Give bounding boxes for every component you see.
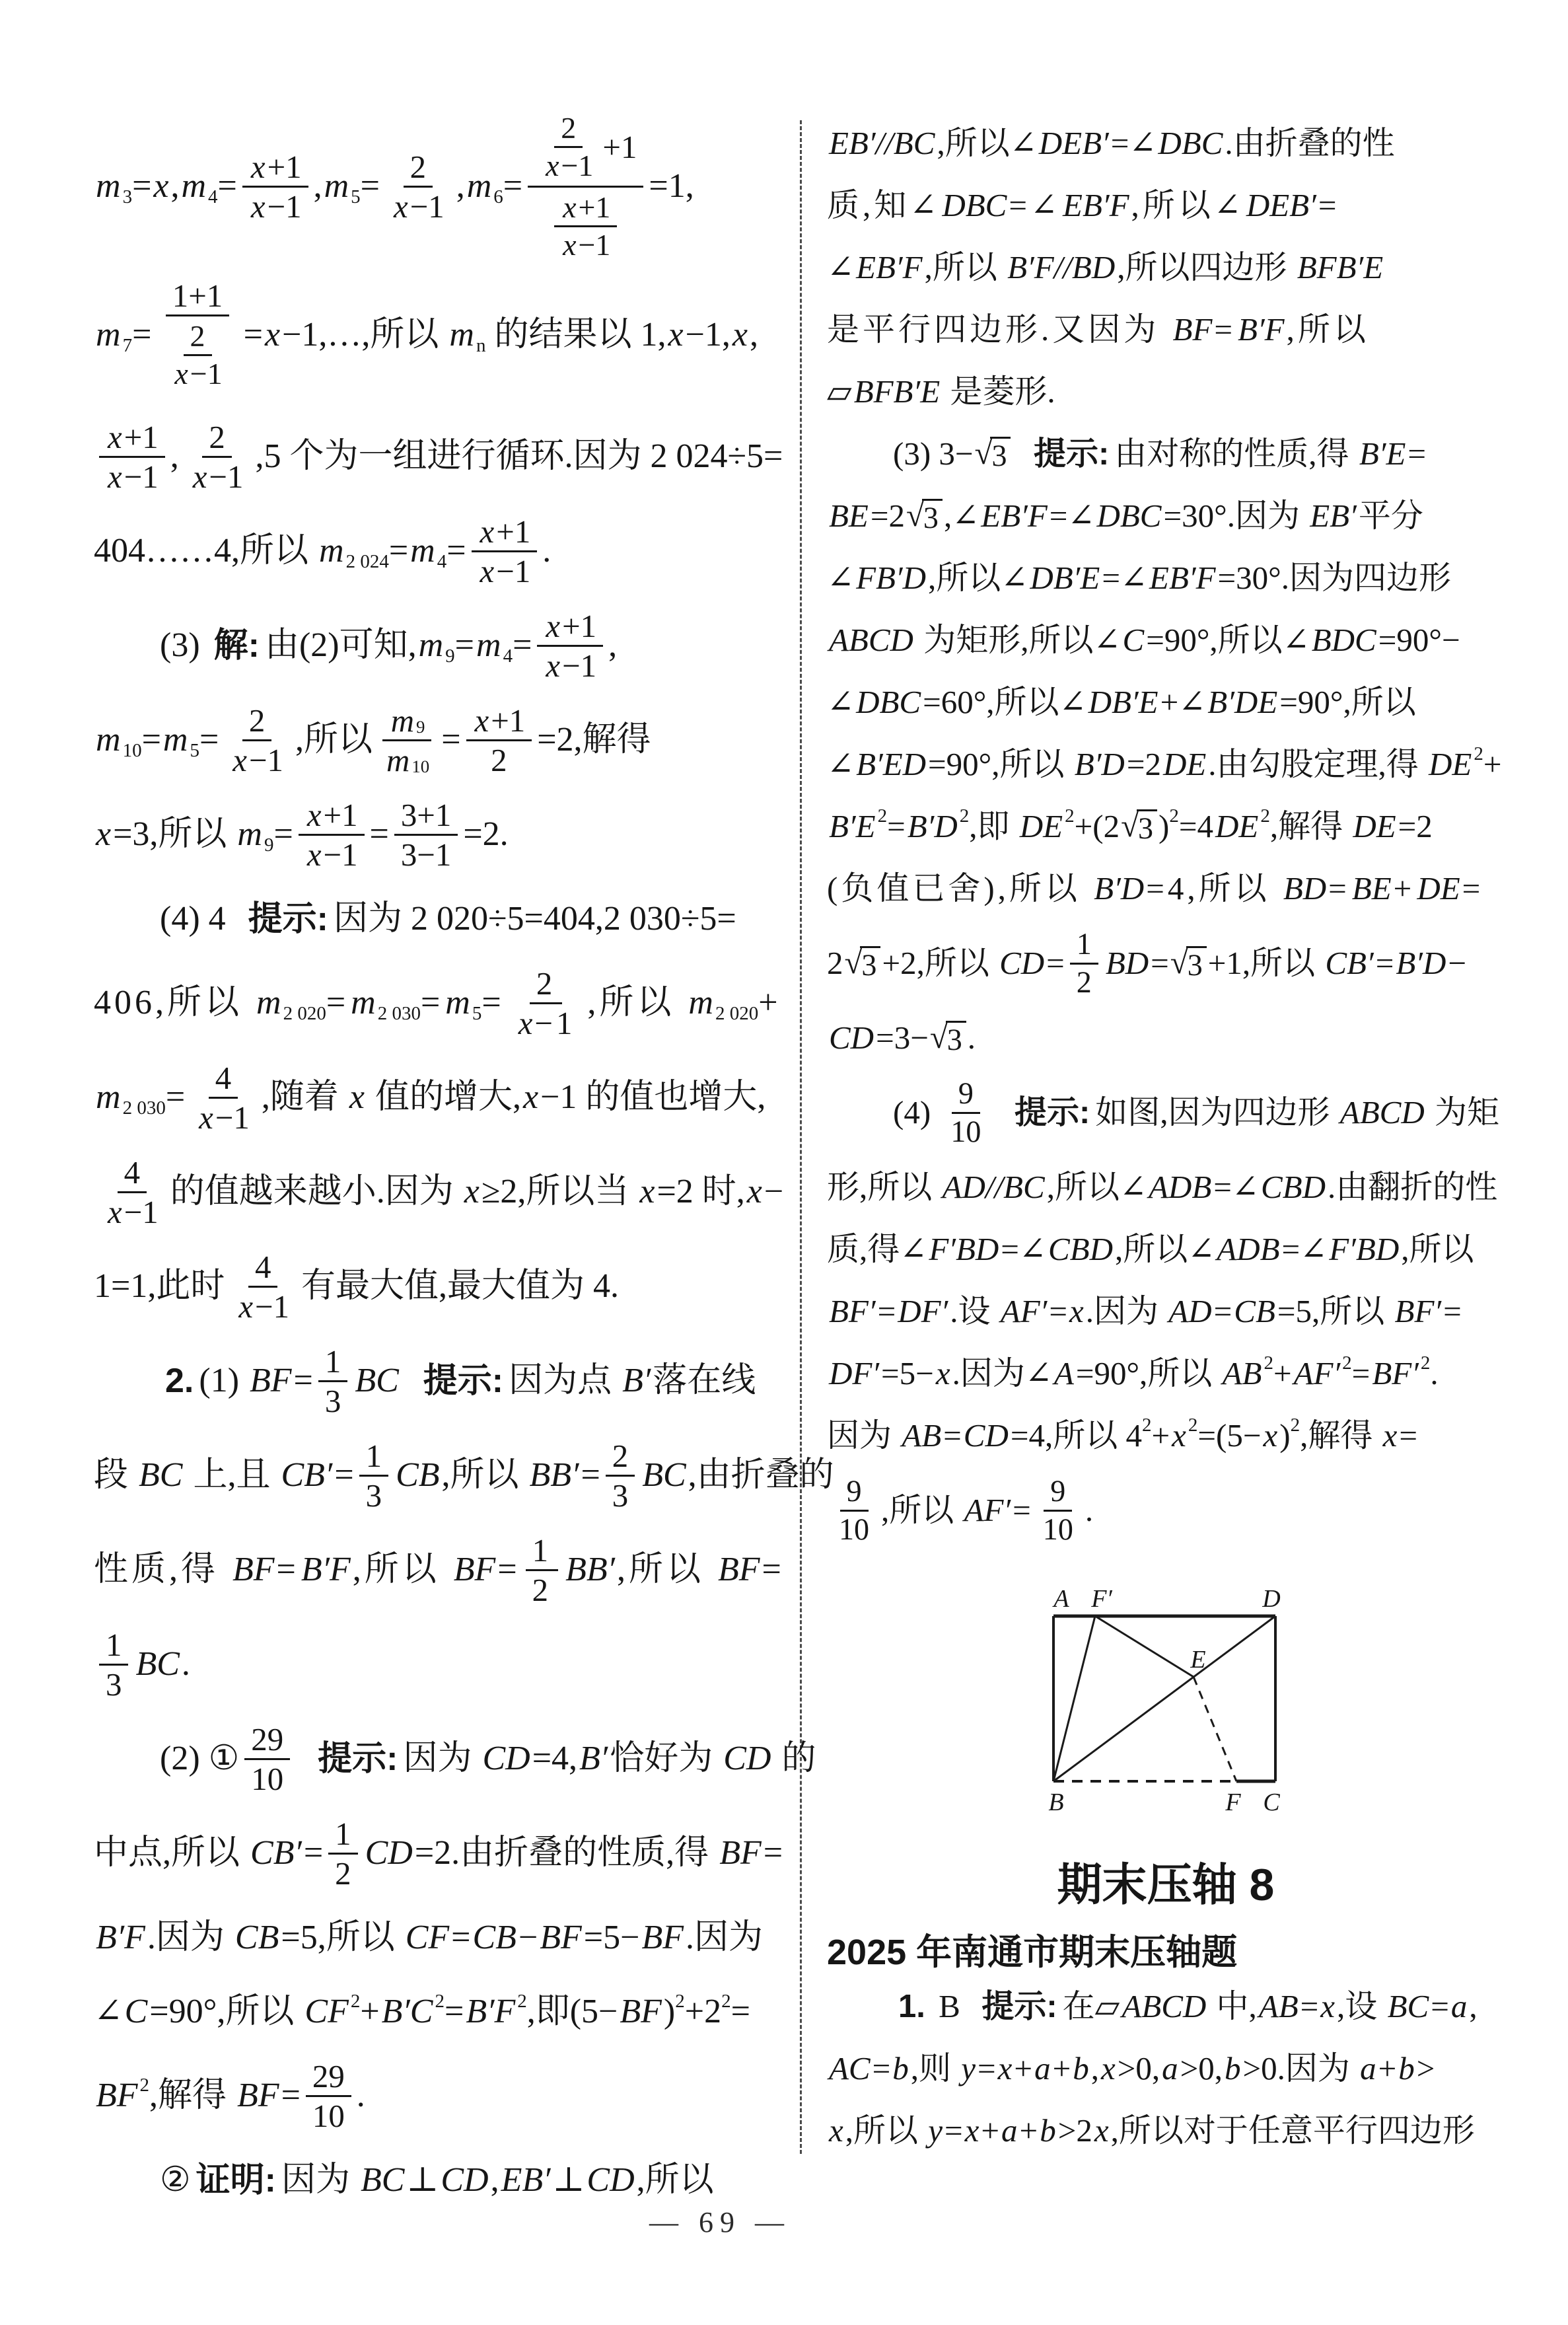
text-line: CD=3−√3. xyxy=(827,1007,1505,1069)
text-line: 质,得∠F′BD=∠CBD,所以∠ADB=∠F′BD,所以 xyxy=(827,1218,1505,1280)
subscript: 3 xyxy=(123,188,133,207)
body-text: − xyxy=(518,1919,538,1957)
body-text: .由勾股定理,得 xyxy=(1208,747,1427,783)
fraction: x+1x−1 xyxy=(554,190,617,264)
body-text: + xyxy=(1053,2051,1071,2087)
text-line: 13BC. xyxy=(94,1617,767,1712)
math-text: a xyxy=(999,2113,1020,2149)
math-text: BE xyxy=(1350,871,1394,907)
math-text: m xyxy=(161,721,190,759)
body-text: 中, xyxy=(1208,1989,1257,2025)
section-title: 期末压轴 8 xyxy=(827,1851,1505,1911)
math-text: DE xyxy=(1351,809,1398,845)
body-text: 1+1 xyxy=(172,279,223,313)
superscript: 2 xyxy=(1188,1416,1198,1435)
math-text: x xyxy=(106,420,124,454)
body-text: =1, xyxy=(649,167,694,205)
math-text: x xyxy=(561,229,578,261)
sqrt-radical: √3 xyxy=(930,1021,966,1055)
body-text: >0, xyxy=(1180,2051,1223,2087)
body-text: =4,所以 4 xyxy=(1011,1418,1142,1454)
fraction: 3+13−1 xyxy=(394,796,458,874)
fraction: 2x−1 xyxy=(166,318,229,392)
math-text: F′BD xyxy=(1327,1232,1401,1268)
body-text: +2 xyxy=(685,1993,721,2031)
math-text: m xyxy=(384,743,411,777)
text-line: ∠FB′D,所以∠DB′E=∠EB′F=30°.因为四边形 xyxy=(827,547,1505,609)
body-text: + xyxy=(1483,747,1502,783)
math-text: B′ xyxy=(577,1740,610,1778)
math-text: BF xyxy=(717,1834,764,1872)
vertex-label-C: C xyxy=(1263,1789,1280,1816)
body-text: = xyxy=(1462,871,1484,907)
math-text: BFB′E xyxy=(852,374,942,410)
body-text: ,所以 xyxy=(637,2161,714,2199)
math-text: x xyxy=(1067,1294,1086,1330)
math-text: CD xyxy=(585,2161,636,2199)
math-text: DE xyxy=(1427,747,1474,783)
math-text: DB′E xyxy=(1087,684,1160,721)
superscript: 2 xyxy=(435,1992,445,2011)
math-text: F′BD xyxy=(927,1232,1001,1268)
fraction: 2x−1 xyxy=(184,418,250,496)
fraction: 2x−1 xyxy=(224,702,290,780)
body-text: ∠ xyxy=(827,684,854,721)
fraction: x+1x−1 xyxy=(299,796,365,874)
body-text: =90°,所以 xyxy=(1279,684,1415,721)
body-text: 9 xyxy=(847,1475,862,1507)
math-text: BF xyxy=(452,1551,498,1589)
body-text: =3,所以 xyxy=(113,815,235,854)
body-text: ,所以 xyxy=(295,721,373,759)
math-text: B′F xyxy=(1236,312,1287,348)
body-text: ,所以四边形 xyxy=(1117,250,1295,286)
body-text: +2,所以 xyxy=(882,945,997,982)
math-text: EB′ xyxy=(499,2161,553,2199)
math-text: x xyxy=(1170,1418,1188,1454)
body-text: =∠ xyxy=(1213,1169,1259,1206)
body-text: 2 xyxy=(536,967,555,1000)
text-line: 2.(1) BF=13BC 提示:因为点 B′落在线 xyxy=(94,1334,767,1428)
body-text: = xyxy=(1046,945,1065,982)
subscript: 5 xyxy=(351,188,361,207)
math-text: AF′ xyxy=(1292,1356,1343,1392)
body-text: = xyxy=(762,1551,785,1589)
math-text: x xyxy=(392,190,410,223)
text-line: x,所以 y=x+a+b>2x,所以对于任意平行四边形 xyxy=(827,2100,1505,2162)
math-text: BD xyxy=(1104,945,1151,982)
math-text: DEB′ xyxy=(1244,188,1318,224)
math-text: DBC xyxy=(1156,126,1225,162)
body-text: =2. xyxy=(463,815,508,854)
math-text: AD//BC xyxy=(941,1169,1047,1206)
body-text: = xyxy=(1431,1989,1449,2025)
body-text: − xyxy=(764,1173,783,1211)
math-text: y xyxy=(926,2113,944,2149)
body-text: ∠ xyxy=(827,747,854,783)
math-text: x xyxy=(478,554,497,588)
sqrt-radical: √3 xyxy=(1170,946,1207,980)
text-line: 形,所以 AD//BC,所以∠ADB=∠CBD.由翻折的性 xyxy=(827,1156,1505,1218)
body-text: = xyxy=(132,167,151,205)
body-text: = xyxy=(1399,1418,1417,1454)
superscript: 2 xyxy=(1169,807,1179,826)
math-text: B′E xyxy=(1357,436,1408,472)
body-text: =4,所以 xyxy=(1146,871,1281,907)
body-text: =2 xyxy=(1127,747,1161,783)
math-text: x xyxy=(172,358,190,390)
body-text: =90°− xyxy=(1378,622,1460,659)
body-text: ,所以∠ xyxy=(928,560,1028,597)
body-text: 如图,因为四边形 xyxy=(1095,1095,1338,1131)
superscript: 2 xyxy=(351,1992,361,2011)
body-text: = xyxy=(273,815,293,854)
fraction: 4x−1 xyxy=(99,1154,165,1232)
math-text: x xyxy=(462,1173,481,1211)
body-text: =3− xyxy=(876,1020,929,1056)
body-text: = xyxy=(497,1551,520,1589)
body-text: = xyxy=(1352,1356,1371,1392)
fraction: 4x−1 xyxy=(230,1248,296,1326)
body-text: = xyxy=(1013,1493,1031,1529)
body-text: 10 xyxy=(251,1762,283,1796)
body-text: 3 xyxy=(366,1479,382,1512)
fraction: x+1x−1 xyxy=(99,418,165,496)
body-text: +1 xyxy=(602,130,637,164)
math-text: x xyxy=(1381,1418,1400,1454)
math-text: B′F xyxy=(94,1919,147,1957)
text-line: (4) 4 提示:因为 2 020÷5=404,2 030÷5= xyxy=(94,882,767,956)
body-text: = xyxy=(277,1551,299,1589)
math-text: x xyxy=(473,704,491,737)
body-text: 恰好为 xyxy=(610,1740,721,1778)
bold-label: 提示: xyxy=(243,900,334,938)
superscript: 2 xyxy=(140,2076,150,2095)
math-text: y xyxy=(959,2051,978,2087)
body-text: ) xyxy=(1279,1418,1290,1454)
body-text: ,所以∠ xyxy=(937,126,1036,162)
math-text: DE xyxy=(1213,809,1260,845)
math-text: m xyxy=(447,316,476,354)
math-text: BC xyxy=(1386,1989,1431,2025)
math-text: x xyxy=(731,316,750,354)
body-text: =∠ xyxy=(1102,560,1147,597)
body-text: = xyxy=(1328,871,1350,907)
math-text: C xyxy=(123,1993,150,2031)
math-text: DBC xyxy=(854,684,923,721)
text-line: ABCD 为矩形,所以∠C=90°,所以∠BDC=90°− xyxy=(827,609,1505,671)
text-line: ▱BFB′E 是菱形. xyxy=(827,361,1505,423)
body-text: 的值越来越小.因为 xyxy=(170,1173,462,1211)
body-text: −1 xyxy=(209,460,243,494)
body-text: ,所以∠ xyxy=(1115,1232,1215,1268)
math-text: x xyxy=(197,1101,215,1134)
body-text: −1 xyxy=(124,1195,159,1229)
body-text: =60°,所以∠ xyxy=(923,684,1087,721)
body-text: = xyxy=(326,984,349,1022)
body-text: =2,解得 xyxy=(537,721,651,759)
body-text: =2 时, xyxy=(657,1173,744,1211)
body-text: ,即 xyxy=(969,809,1018,845)
text-line: m2 030=4x−1,随着 x 值的增大,x−1 的值也增大, xyxy=(94,1051,767,1145)
text-line: x+1x−1,2x−1,5 个为一组进行循环.因为 2 024÷5= xyxy=(94,410,767,504)
body-text: 10 xyxy=(312,2099,345,2133)
math-text: x xyxy=(996,2051,1015,2087)
math-text: x xyxy=(1261,1418,1279,1454)
body-text: ,5 个为一组进行循环.因为 2 024÷5= xyxy=(255,437,783,476)
math-text: AB xyxy=(1221,1356,1264,1392)
body-text: ,所以 xyxy=(617,1551,716,1589)
body-text: =2 xyxy=(1398,809,1433,845)
body-text: = xyxy=(978,2051,996,2087)
body-text: +1 xyxy=(578,192,610,223)
segment-Fprime-E xyxy=(1095,1616,1194,1677)
body-text: −1,…,所以 xyxy=(282,316,447,354)
body-text: (3) 3− xyxy=(893,436,974,472)
math-text: ABCD xyxy=(827,622,915,659)
text-line: 质,知∠DBC=∠EB′F,所以∠DEB′= xyxy=(827,174,1505,237)
math-text: B′ xyxy=(620,1362,653,1400)
body-text: ,所以 xyxy=(353,1551,452,1589)
body-text: = xyxy=(451,1919,470,1957)
body-text: 因为 2 020÷5=404,2 030÷5= xyxy=(334,900,736,938)
body-text: =90°,所以∠ xyxy=(1146,622,1310,659)
body-text: = xyxy=(132,316,151,354)
math-text: B′D xyxy=(1073,747,1127,783)
body-text: =4 xyxy=(1179,809,1213,845)
math-text: m xyxy=(417,626,446,665)
body-text: −1 的值也增大, xyxy=(540,1078,766,1117)
text-line: BF′=DF′.设 AF′=x.因为 AD=CB=5,所以 BF′= xyxy=(827,1280,1505,1343)
text-line: 406,所以 m2 020=m2 030=m5=2x−1,所以 m2 020+ xyxy=(94,956,767,1051)
body-text: ,所以 xyxy=(1287,312,1369,348)
subscript: 5 xyxy=(472,1004,482,1023)
math-text: BE xyxy=(827,498,871,535)
math-text: A xyxy=(1052,1356,1076,1392)
math-text: B′E xyxy=(827,809,878,845)
math-text: CBD xyxy=(1046,1232,1115,1268)
body-text: = xyxy=(944,2113,963,2149)
subscript: 4 xyxy=(503,647,513,666)
body-text: 4 xyxy=(124,1156,140,1189)
math-text: b xyxy=(1038,2113,1058,2149)
math-text: BB′ xyxy=(563,1551,617,1589)
bold-label: 1. xyxy=(893,1989,931,2025)
text-line: 因为 AB=CD=4,所以 42+x2=(5−x)2,解得 x= xyxy=(827,1405,1505,1467)
math-text: a xyxy=(1449,1989,1470,2025)
math-text: x xyxy=(666,316,686,354)
body-text: 2 xyxy=(827,945,843,982)
page-number: — 69 — xyxy=(631,2205,809,2239)
math-text: AF′ xyxy=(999,1294,1050,1330)
body-text: =90°,所以 xyxy=(1076,1356,1221,1392)
math-text: x xyxy=(263,316,282,354)
body-text: 质,知∠ xyxy=(827,188,940,224)
body-text: >0.因为 xyxy=(1242,2051,1358,2087)
bold-label: 提示: xyxy=(418,1362,509,1400)
math-text: m xyxy=(235,815,264,854)
body-text: ② xyxy=(160,2161,191,2199)
body-text: =∠ xyxy=(1111,126,1157,162)
superscript: 2 xyxy=(1264,1354,1273,1373)
body-text: = xyxy=(455,626,474,665)
body-text: + xyxy=(1273,1356,1292,1392)
text-line: ∠B′ED=90°,所以 B′D=2DE.由勾股定理,得 DE2+ xyxy=(827,733,1505,795)
fraction: 12 xyxy=(526,1532,558,1609)
math-text: CB xyxy=(233,1919,281,1957)
math-text: x xyxy=(544,609,562,643)
body-text: >2 xyxy=(1058,2113,1092,2149)
body-text: = xyxy=(1049,1294,1067,1330)
body-text: = xyxy=(1318,188,1340,224)
math-text: B′F xyxy=(299,1551,353,1589)
body-text: . xyxy=(1085,1493,1093,1529)
body-text: +1,所以 xyxy=(1208,945,1324,982)
math-text: m xyxy=(94,316,123,354)
text-line: 1. B 提示:在▱ABCD 中,AB=x,设 BC=a, xyxy=(827,1975,1505,2038)
math-text: x xyxy=(305,838,324,871)
text-line: DF′=5−x.因为∠A=90°,所以 AB2+AF′2=BF′2. xyxy=(827,1343,1505,1405)
math-text: B′DE xyxy=(1205,684,1279,721)
superscript: 2 xyxy=(721,1992,731,2011)
body-text: +1 xyxy=(496,515,530,548)
body-text: 3 xyxy=(612,1479,628,1512)
body-text: −1 xyxy=(124,460,159,494)
math-text: DE xyxy=(1018,809,1065,845)
math-text: AF′ xyxy=(962,1493,1013,1529)
math-text: b xyxy=(1071,2051,1091,2087)
math-text: CD xyxy=(721,1740,773,1778)
math-text: DE xyxy=(1161,747,1208,783)
math-text: x xyxy=(637,1173,657,1211)
body-text: =90°,所以 xyxy=(928,747,1073,783)
body-text: + xyxy=(758,984,781,1022)
body-text: . xyxy=(542,532,551,570)
subscript: 2 024 xyxy=(346,552,389,572)
body-text: 是平行四边形.又因为 xyxy=(827,312,1171,348)
body-text: 有最大值,最大值为 4. xyxy=(301,1267,619,1306)
math-text: B′C xyxy=(380,1993,435,2031)
math-text: b xyxy=(890,2051,911,2087)
math-text: BF xyxy=(618,1993,664,2031)
body-text: =∠ xyxy=(1282,1232,1328,1268)
math-text: x xyxy=(106,460,124,494)
body-text: = xyxy=(421,984,443,1022)
body-text: = xyxy=(1214,1294,1232,1330)
body-text: = xyxy=(294,1362,313,1400)
fraction: 2x−1 xyxy=(537,110,600,184)
fraction: 13 xyxy=(359,1437,388,1515)
math-text: m xyxy=(465,167,494,205)
body-text: . xyxy=(1430,1356,1438,1392)
text-line: (4) 910 提示:如图,因为四边形 ABCD 为矩 xyxy=(827,1069,1505,1156)
sqrt-radical: √3 xyxy=(975,437,1011,471)
body-text: =30°.因为四边形 xyxy=(1218,560,1451,597)
body-text: ,所以对于任意平行四边形 xyxy=(1111,2113,1475,2149)
math-text: CB xyxy=(1232,1294,1277,1330)
math-text: m xyxy=(94,1078,123,1117)
body-text: = xyxy=(244,316,263,354)
fraction: 2x−1+1x+1x−1 xyxy=(528,108,643,266)
body-text: = xyxy=(764,1834,783,1872)
body-text: +1 xyxy=(491,704,525,737)
math-text: AB xyxy=(1257,1989,1301,2025)
math-text: m xyxy=(322,167,351,205)
superscript: 2 xyxy=(1474,745,1483,764)
body-text: = xyxy=(1301,1989,1319,2025)
math-text: CB′ xyxy=(1323,945,1375,982)
math-text: DF′ xyxy=(896,1294,950,1330)
body-text: =∠ xyxy=(1001,1232,1046,1268)
math-text: x xyxy=(94,815,113,854)
subscript: 4 xyxy=(437,552,447,572)
math-text: BF xyxy=(94,2077,140,2115)
body-text: = xyxy=(731,1993,750,2031)
math-text: DF′ xyxy=(827,1356,881,1392)
vertex-label-A: A xyxy=(1051,1585,1069,1613)
math-text: x xyxy=(236,1290,255,1323)
body-text: −1 xyxy=(324,838,358,871)
math-text: m xyxy=(408,532,437,570)
bold-label: 2. xyxy=(160,1362,199,1400)
subscript: n xyxy=(476,336,486,355)
segment-B-Fprime xyxy=(1053,1616,1095,1781)
math-text: BF xyxy=(248,1362,294,1400)
body-text: − xyxy=(1448,945,1466,982)
math-text: m xyxy=(94,167,123,205)
subscript: 10 xyxy=(123,741,142,760)
bold-label: 提示: xyxy=(1009,1095,1095,1131)
fraction: 23 xyxy=(606,1437,635,1515)
body-text: 的 xyxy=(773,1740,816,1778)
math-text: AB xyxy=(900,1418,943,1454)
body-text: = xyxy=(503,167,522,205)
text-line: m3=x,m4=x+1x−1,m5=2x−1,m6=2x−1+1x+1x−1=1… xyxy=(94,112,767,261)
body-text: ,即(5− xyxy=(527,1993,618,2031)
subscript: 2 020 xyxy=(715,1004,758,1023)
math-text: BC xyxy=(133,1645,181,1683)
math-text: BF xyxy=(235,2077,281,2115)
body-text: = xyxy=(873,2051,891,2087)
body-text: 10 xyxy=(950,1116,981,1148)
body-text: 29 xyxy=(251,1722,283,1756)
text-line: x=3,所以 m9=x+1x−1=3+13−1=2. xyxy=(94,788,767,882)
math-text: a xyxy=(1358,2051,1378,2087)
body-text: = xyxy=(142,721,161,759)
body-text: −1 xyxy=(215,1101,250,1134)
body-text: (负值已舍),所以 xyxy=(827,871,1092,907)
body-text: ,所以 xyxy=(845,2113,927,2149)
math-text: BF′ xyxy=(1393,1294,1444,1330)
math-text: ADB xyxy=(1147,1169,1213,1206)
math-text: BC xyxy=(640,1456,688,1495)
text-line: B′F.因为 CB=5,所以 CF=CB−BF=5−BF.因为 xyxy=(94,1901,767,1975)
body-text: (2) ① xyxy=(160,1740,239,1778)
body-text: ,所以∠ xyxy=(1047,1169,1147,1206)
math-text: x xyxy=(827,2113,845,2149)
body-text: =30°.因为 xyxy=(1163,498,1308,535)
math-text: x xyxy=(561,192,578,223)
body-text: 1 xyxy=(106,1628,122,1662)
body-text: . xyxy=(968,1020,976,1056)
math-text: x xyxy=(963,2113,981,2149)
body-text: 2 xyxy=(410,150,426,184)
math-text: x xyxy=(1099,2051,1118,2087)
math-text: DE xyxy=(1415,871,1462,907)
body-text: =5− xyxy=(881,1356,934,1392)
math-text: BF xyxy=(639,1919,686,1957)
fraction: 12 xyxy=(1070,926,1098,1000)
